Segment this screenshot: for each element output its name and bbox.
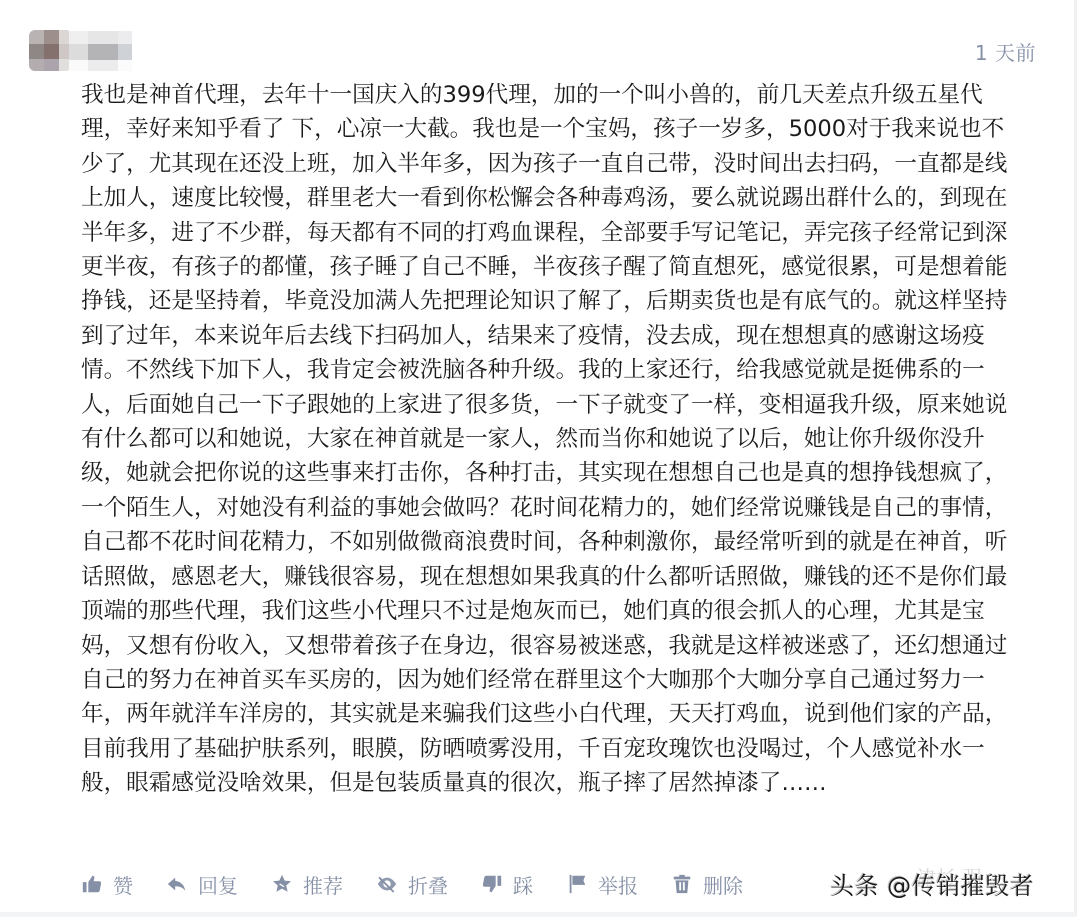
- flag-icon: [566, 873, 588, 895]
- comment-line: 挣钱，还是坚持着，毕竟没加满人先把理论知识了解了，后期卖货也是有底气的。就这样坚…: [81, 284, 1053, 318]
- comment-line: 级，她就会把你说的这些事来打击你，各种打击，其实现在想想自己也是真的想挣钱想疯了…: [81, 456, 1053, 490]
- report-label: 举报: [598, 870, 638, 899]
- comment-line: 自己的努力在神首买车买房的，因为她们经常在群里这个大咖那个大咖分享自己通过努力一: [81, 663, 1053, 697]
- comment-line: 一个陌生人，对她没有利益的事她会做吗？花时间花精力的，她们经常说赚钱是自己的事情…: [81, 491, 1053, 525]
- source-watermark: 头条 @传销摧毁者: [830, 866, 1034, 901]
- reply-arrow-icon: [166, 873, 188, 895]
- avatar[interactable]: [29, 30, 69, 71]
- comment-card: 1 天前 我也是神首代理，去年十一国庆入的399代理，加的一个叫小兽的，前几天差…: [0, 0, 1077, 917]
- collapse-label: 折叠: [408, 870, 448, 899]
- comment-line: 更半夜，有孩子的都懂，孩子睡了自己不睡，半夜孩子醒了简直想死，感觉很累，可是想着…: [81, 250, 1053, 284]
- like-button[interactable]: 赞: [81, 870, 133, 899]
- comment-line: 少了，尤其现在还没上班，加入半年多，因为孩子一直自己带，没时间出去扫码，一直都是…: [81, 147, 1053, 181]
- thumbs-up-icon: [81, 873, 103, 895]
- reply-label: 回复: [198, 870, 238, 899]
- comment-line: 顶端的那些代理，我们这些小代理只不过是炮灰而已，她们真的很会抓人的心理，尤其是宝: [81, 594, 1053, 628]
- dislike-button[interactable]: 踩: [481, 870, 533, 899]
- delete-button[interactable]: 删除: [671, 870, 743, 899]
- comment-line: 目前我用了基础护肤系列，眼膜，防晒喷雾没用，千百宠玫瑰饮也没喝过，个人感觉补水一: [81, 732, 1053, 766]
- timestamp: 1 天前: [975, 37, 1036, 66]
- recommend-button[interactable]: 推荐: [271, 870, 343, 899]
- trash-icon: [671, 873, 693, 895]
- recommend-label: 推荐: [303, 870, 343, 899]
- comment-line: 情。不然线下加下人，我肯定会被洗脑各种升级。我的上家还行，给我感觉就是挺佛系的一: [81, 353, 1053, 387]
- comment-actions: 赞 回复 推荐 折叠 踩: [81, 866, 776, 902]
- comment-line: 自己都不花时间花精力，不如别做微商浪费时间，各种刺激你，最经常听到的就是在神首，…: [81, 525, 1053, 559]
- thumbs-down-icon: [481, 873, 503, 895]
- comment-header: 1 天前: [0, 0, 1074, 72]
- collapse-button[interactable]: 折叠: [376, 870, 448, 899]
- author-name[interactable]: [69, 31, 132, 71]
- comment-line: 理，幸好来知乎看了 下，心凉一大截。我也是一个宝妈，孩子一岁多，5000对于我来…: [81, 112, 1053, 146]
- delete-label: 删除: [703, 870, 743, 899]
- dislike-label: 踩: [513, 870, 533, 899]
- reply-button[interactable]: 回复: [166, 870, 238, 899]
- comment-line: 话照做，感恩老大，赚钱很容易，现在想想如果我真的什么都听话照做，赚钱的还不是你们…: [81, 560, 1053, 594]
- comment-line: 年，两年就洋车洋房的，其实就是来骗我们这些小白代理，天天打鸡血，说到他们家的产品…: [81, 697, 1053, 731]
- like-label: 赞: [113, 870, 133, 899]
- comment-line: 般，眼霜感觉没啥效果，但是包装质量真的很次，瓶子摔了居然掉漆了……: [81, 766, 1053, 800]
- comment-line: 到了过年，本来说年后去线下扫码加人，结果来了疫情，没去成，现在想想真的感谢这场疫: [81, 319, 1053, 353]
- comment-line: 上加人，速度比较慢，群里老大一看到你松懈会各种毒鸡汤，要么就说踢出群什么的，到现…: [81, 181, 1053, 215]
- eye-off-icon: [376, 873, 398, 895]
- comment-line: 人，后面她自己一下子跟她的上家进了很多货，一下子就变了一样，变相逼我升级，原来她…: [81, 388, 1053, 422]
- comment-line: 半年多，进了不少群，每天都有不同的打鸡血课程，全部要手写记笔记，弄完孩子经常记到…: [81, 216, 1053, 250]
- comment-line: 我也是神首代理，去年十一国庆入的399代理，加的一个叫小兽的，前几天差点升级五星…: [81, 78, 1053, 112]
- comment-line: 有什么都可以和她说，大家在神首就是一家人，然而当你和她说了以后，她让你升级你没升: [81, 422, 1053, 456]
- star-icon: [271, 873, 293, 895]
- report-button[interactable]: 举报: [566, 870, 638, 899]
- comment-body: 我也是神首代理，去年十一国庆入的399代理，加的一个叫小兽的，前几天差点升级五星…: [81, 78, 1053, 801]
- comment-line: 妈，又想有份收入，又想带着孩子在身边，很容易被迷惑，我就是这样被迷惑了，还幻想通…: [81, 629, 1053, 663]
